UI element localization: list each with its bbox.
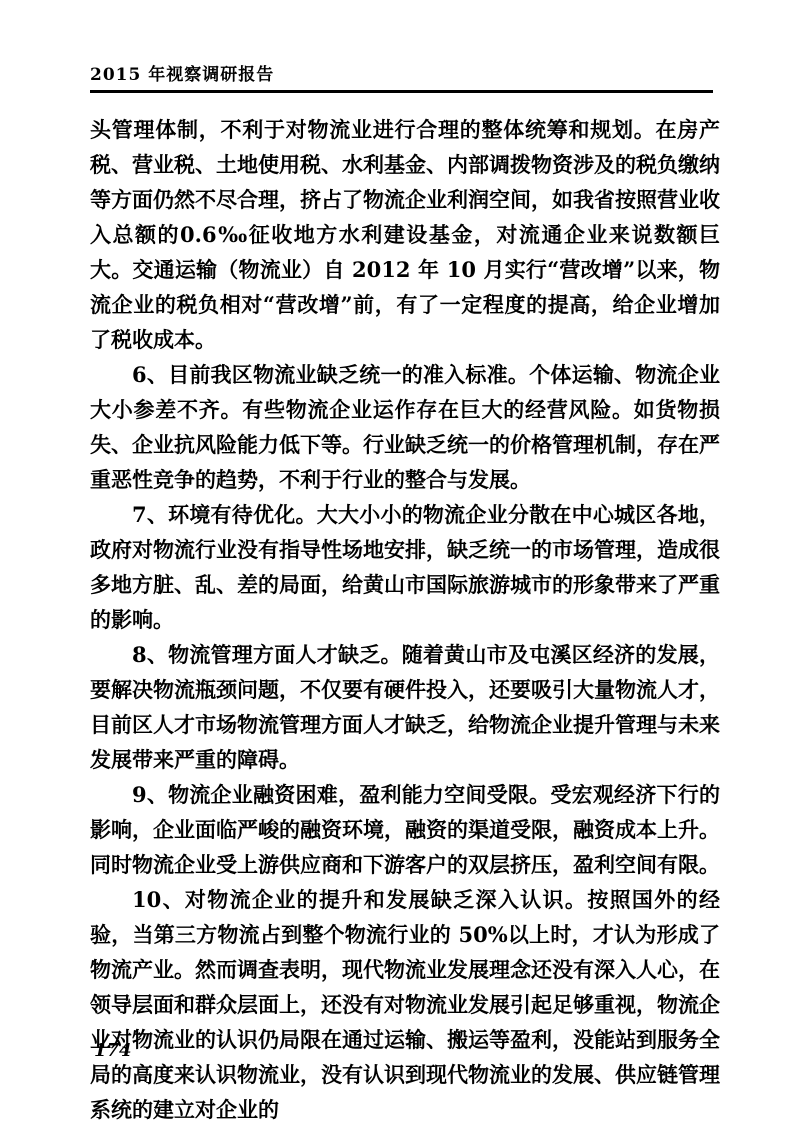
running-header: 2015 年视察调研报告 bbox=[90, 60, 714, 85]
page-number: 174 bbox=[94, 1040, 132, 1061]
paragraph-item-6: 6、目前我区物流业缺乏统一的准入标准。个体运输、物流企业大小参差不齐。有些物流企… bbox=[90, 357, 720, 497]
paragraph-item-7: 7、环境有待优化。大大小小的物流企业分散在中心城区各地，政府对物流行业没有指导性… bbox=[90, 497, 720, 637]
paragraph-item-9: 9、物流企业融资困难，盈利能力空间受限。受宏观经济下行的影响，企业面临严峻的融资… bbox=[90, 777, 720, 882]
header-title: 2015 年视察调研报告 bbox=[90, 65, 274, 85]
header-rule bbox=[90, 90, 713, 93]
paragraph-item-8: 8、物流管理方面人才缺乏。随着黄山市及屯溪区经济的发展，要解决物流瓶颈问题，不仅… bbox=[90, 637, 720, 777]
paragraph-item-10: 10、对物流企业的提升和发展缺乏深入认识。按照国外的经验，当第三方物流占到整个物… bbox=[90, 882, 720, 1127]
body-text: 头管理体制，不利于对物流业进行合理的整体统筹和规划。在房产税、营业税、土地使用税… bbox=[90, 112, 720, 1127]
document-page: 2015 年视察调研报告 头管理体制，不利于对物流业进行合理的整体统筹和规划。在… bbox=[0, 0, 803, 1133]
paragraph-continuation: 头管理体制，不利于对物流业进行合理的整体统筹和规划。在房产税、营业税、土地使用税… bbox=[90, 112, 720, 357]
